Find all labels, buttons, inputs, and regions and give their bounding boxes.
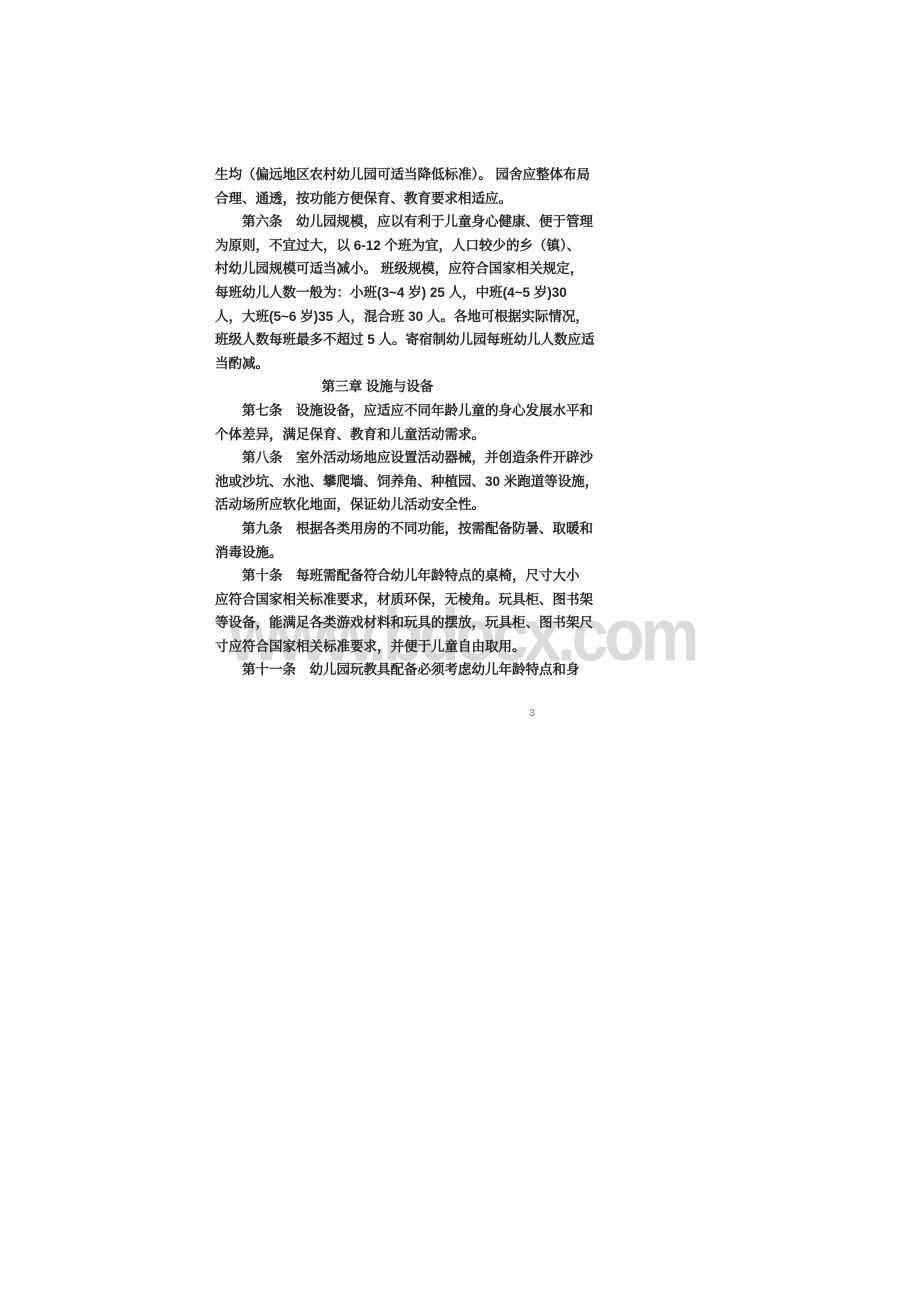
text-line: 第八条 室外活动场地应设置活动器械，并创造条件开辟沙 (215, 446, 540, 470)
text-line: 生均（偏远地区农村幼儿园可适当降低标准）。 园舍应整体布局 (215, 163, 540, 187)
text-line: 应符合国家相关标准要求，材质环保，无棱角。玩具柜、图书架 (215, 588, 540, 612)
text-line: 班级人数每班最多不超过 5 人。寄宿制幼儿园每班幼儿人数应适 (215, 328, 540, 352)
text-line: 村幼儿园规模可适当减小。 班级规模，应符合国家相关规定， (215, 257, 540, 281)
page-number: 3 (529, 707, 535, 719)
text-line: 消毒设施。 (215, 541, 540, 565)
text-line: 等设备，能满足各类游戏材料和玩具的摆放，玩具柜、图书架尺 (215, 611, 540, 635)
text-line: 活动场所应软化地面，保证幼儿活动安全性。 (215, 493, 540, 517)
text-line: 第七条 设施设备，应适应不同年龄儿童的身心发展水平和 (215, 399, 540, 423)
document-text-block: 生均（偏远地区农村幼儿园可适当降低标准）。 园舍应整体布局合理、通透，按功能方便… (215, 163, 540, 682)
text-line: 为原则，不宜过大，以 6-12 个班为宜，人口较少的乡（镇）、 (215, 234, 540, 258)
text-line: 个体差异，满足保育、教育和儿童活动需求。 (215, 423, 540, 447)
text-line: 寸应符合国家相关标准要求，并便于儿童自由取用。 (215, 635, 540, 659)
text-line: 第六条 幼儿园规模，应以有利于儿童身心健康、便于管理 (215, 210, 540, 234)
text-line: 每班幼儿人数一般为：小班(3~4 岁) 25 人，中班(4~5 岁)30 (215, 281, 540, 305)
text-line: 当酌减。 (215, 352, 540, 376)
document-page: www.bdocx.com 生均（偏远地区农村幼儿园可适当降低标准）。 园舍应整… (0, 0, 920, 1302)
text-line: 第十条 每班需配备符合幼儿年龄特点的桌椅，尺寸大小 (215, 564, 540, 588)
text-line: 池或沙坑、水池、攀爬墙、饲养角、种植园、30 米跑道等设施， (215, 470, 540, 494)
text-line: 第九条 根据各类用房的不同功能，按需配备防暑、取暖和 (215, 517, 540, 541)
text-line: 第十一条 幼儿园玩教具配备必须考虑幼儿年龄特点和身 (215, 658, 540, 682)
text-line: 合理、通透，按功能方便保育、教育要求相适应。 (215, 187, 540, 211)
chapter-heading: 第三章 设施与设备 (215, 375, 540, 399)
text-line: 人，大班(5~6 岁)35 人，混合班 30 人。各地可根据实际情况， (215, 305, 540, 329)
